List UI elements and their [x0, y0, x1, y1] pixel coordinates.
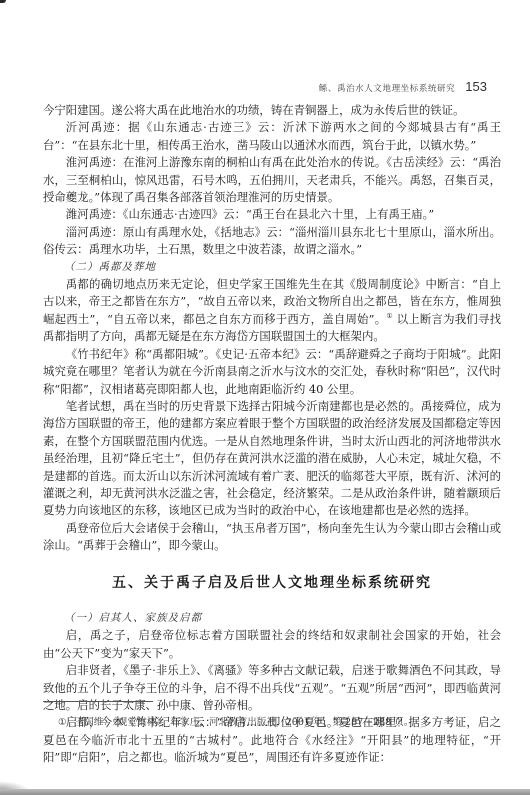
- footnote-mark: ①: [58, 717, 67, 728]
- scan-edge-bottom: [0, 789, 530, 795]
- paragraph: 潍河禹迹：《山东通志·古迹四》云：“禹王台在县北六十里，上有禹王庙。”: [43, 206, 501, 223]
- body-text: 今宁阳建国。遂公将大禹在此地治水的功绩，铸在青铜器上，成为永传后世的铁证。 沂河…: [43, 102, 501, 767]
- paragraph: 今宁阳建国。遂公将大禹在此地治水的功绩，铸在青铜器上，成为永传后世的铁证。: [43, 102, 501, 119]
- subheading: （二）禹都及葬地: [43, 259, 501, 276]
- paragraph: 淄河禹迹：原山有禹理水处，《括地志》云：“淄州淄川县东北七十里原山，淄水所出。俗…: [43, 224, 501, 259]
- paragraph: 笔者试想，禹在当时的历史背景下选择古阳城今沂南建都也是必然的。禹接舜位，成为海岱…: [43, 398, 501, 520]
- paragraph: 禹都的确切地点历来无定论，但史学家王国维先生在其《殷周制度论》中断言：“自上古以…: [43, 276, 501, 346]
- scan-edge-corner: [0, 0, 6, 3]
- section-title: 五、关于禹子启及后世人文地理坐标系统研究: [43, 575, 501, 592]
- paragraph: 《竹书纪年》称“禹都阳城”。《史记·五帝本纪》云：“禹辞避舜之子商均于阳城”。此…: [43, 346, 501, 398]
- paragraph: 沂河禹迹：据《山东通志·古迹三》云：沂沭下游两水之间的今郯城县古有“禹王台”：“…: [43, 119, 501, 154]
- running-header: 鲧、禹治水人文地理坐标系统研究 153: [319, 79, 487, 94]
- page-number: 153: [465, 79, 487, 94]
- footnote-divider: [43, 701, 153, 702]
- paragraph: 淮河禹迹：在淮河上游豫东南的桐柏山有禹在此处治水的传说。《古岳渎经》云：“禹治水…: [43, 154, 501, 206]
- footnote-text: 王国维：《观堂集林》，石家庄，河北教育出版社，2001 年，第 287－288 …: [75, 717, 414, 728]
- footnote: ①王国维：《观堂集林》，石家庄，河北教育出版社，2001 年，第 287－288…: [58, 716, 498, 730]
- subheading: （一）启其人、家族及启都: [43, 610, 501, 627]
- running-title: 鲧、禹治水人文地理坐标系统研究: [319, 82, 456, 94]
- paragraph: 禹登帝位后大会诸侯于会稽山，“执玉帛者万国”，杨向奎先生认为今蒙山即古会稽山或涂…: [43, 520, 501, 555]
- paragraph: 启非贤者，《墨子·非乐上》、《离骚》等多种古文献记载，启迷于歌舞酒色不问其政，导…: [43, 662, 501, 714]
- paragraph: 启，禹之子，启登帝位标志着方国联盟社会的终结和奴隶制社会国家的开始，社会由“公天…: [43, 627, 501, 662]
